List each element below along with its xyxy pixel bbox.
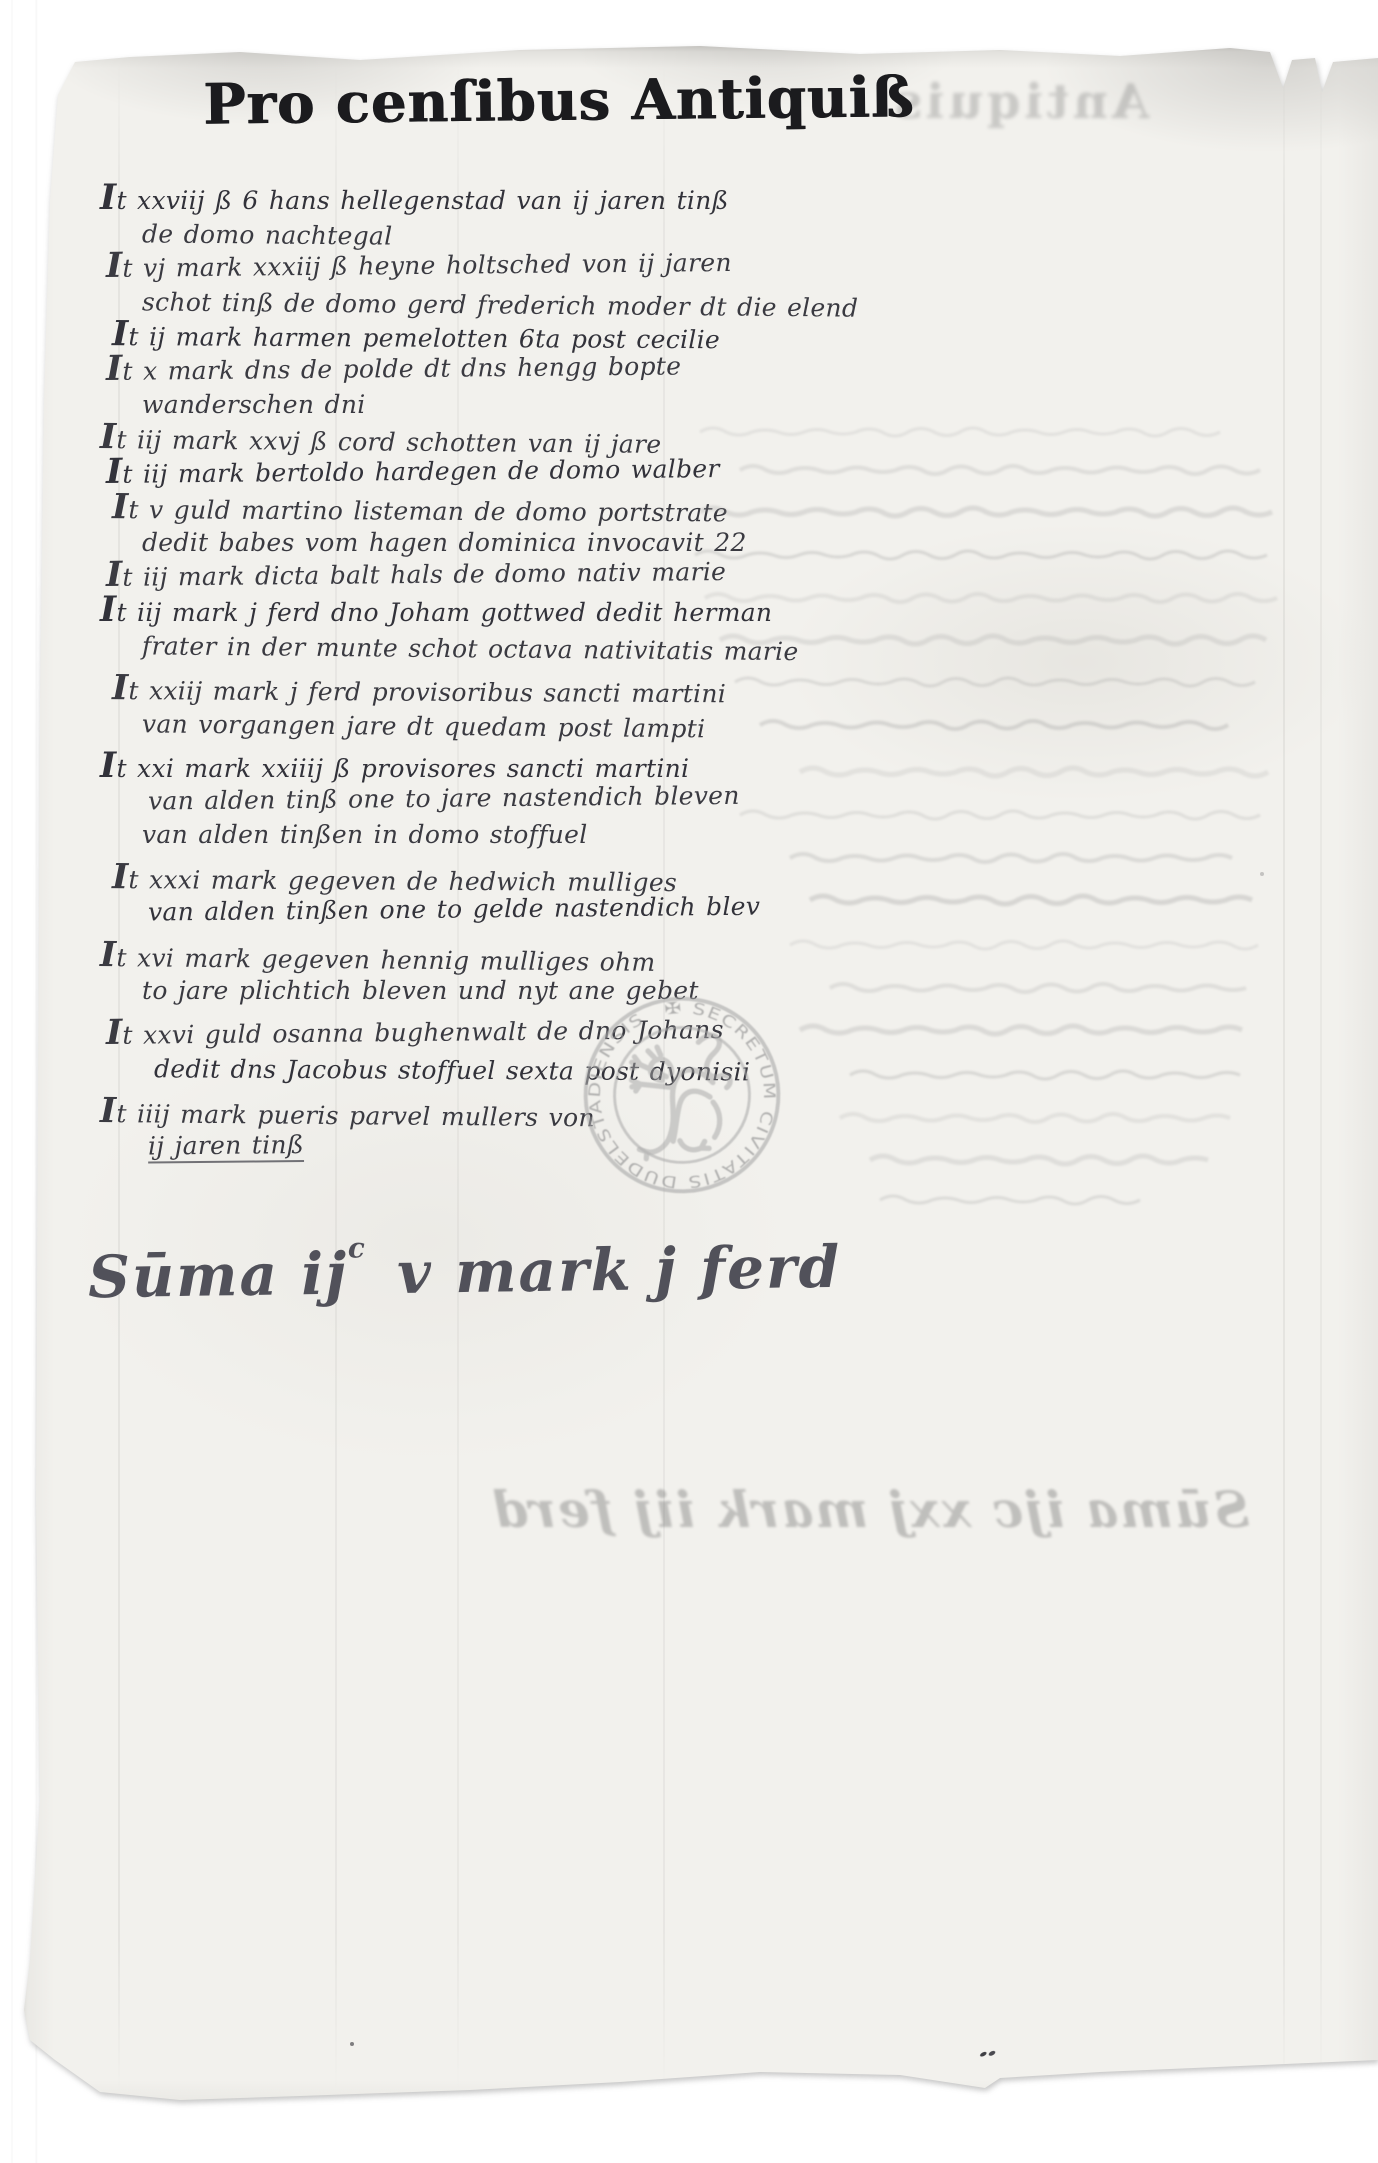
manuscript-scan-page: Antiquis Pro cenſibus Antiquiß It xxviij… <box>0 0 1378 2163</box>
lion-rampant-icon <box>619 1033 743 1162</box>
bleedthrough-ghost-line <box>850 1071 1240 1079</box>
summa-amount: ijc <box>301 1239 368 1308</box>
bleedthrough-ghost-line <box>810 896 1252 904</box>
ink-speck <box>1260 872 1264 876</box>
bleedthrough-ghost-line <box>830 984 1246 992</box>
bleedthrough-summa: Sūma ijc xxj mark iij ferd <box>475 1480 1265 1539</box>
bleedthrough-ghost-line <box>695 551 1267 559</box>
summa-units: v mark j ferd <box>397 1233 842 1307</box>
bleedthrough-ghost-line <box>735 678 1255 686</box>
bleedthrough-ghost-line <box>720 636 1266 644</box>
summa-line: Sūma ijcv mark j ferd <box>88 1233 842 1312</box>
manuscript-line: It vj mark xxxiij ß heyne holtsched von … <box>106 243 786 285</box>
bleedthrough-ghost-line <box>880 1196 1140 1204</box>
bleedthrough-ghost-line <box>790 941 1258 949</box>
bleedthrough-ghost-line <box>800 1026 1242 1034</box>
crease-line <box>1320 60 1322 2096</box>
bleedthrough-ghost-line <box>840 1114 1230 1122</box>
bleedthrough-ghost-line <box>870 1156 1208 1164</box>
bleedthrough-ghost-line <box>705 594 1277 602</box>
ink-blot <box>976 2044 997 2062</box>
bleedthrough-ghost-line <box>760 721 1228 729</box>
bleedthrough-ghost-line <box>740 811 1260 819</box>
page-title: Pro cenſibus Antiquiß <box>203 64 915 137</box>
bleedthrough-ghost-line <box>700 508 1272 516</box>
ink-speck <box>350 2042 354 2046</box>
bleedthrough-ghost-line <box>740 466 1260 474</box>
manuscript-line: It x mark dns de polde dt dns hengg bopt… <box>106 346 786 388</box>
bleedthrough-ghost-line <box>700 428 1220 436</box>
bleedthrough-ghost-line <box>800 768 1268 776</box>
city-seal-stamp: ✠ SECRETUM CIVITATIS DUDELSTADIENSIS <box>556 969 807 1220</box>
bleedthrough-ghost-line <box>790 854 1232 862</box>
paper-sheet: Antiquis Pro cenſibus Antiquiß It xxviij… <box>20 42 1378 2110</box>
summa-word: Sūma <box>88 1241 280 1312</box>
manuscript-line: It xxviij ß 6 hans hellegenstad van ij j… <box>100 182 780 217</box>
